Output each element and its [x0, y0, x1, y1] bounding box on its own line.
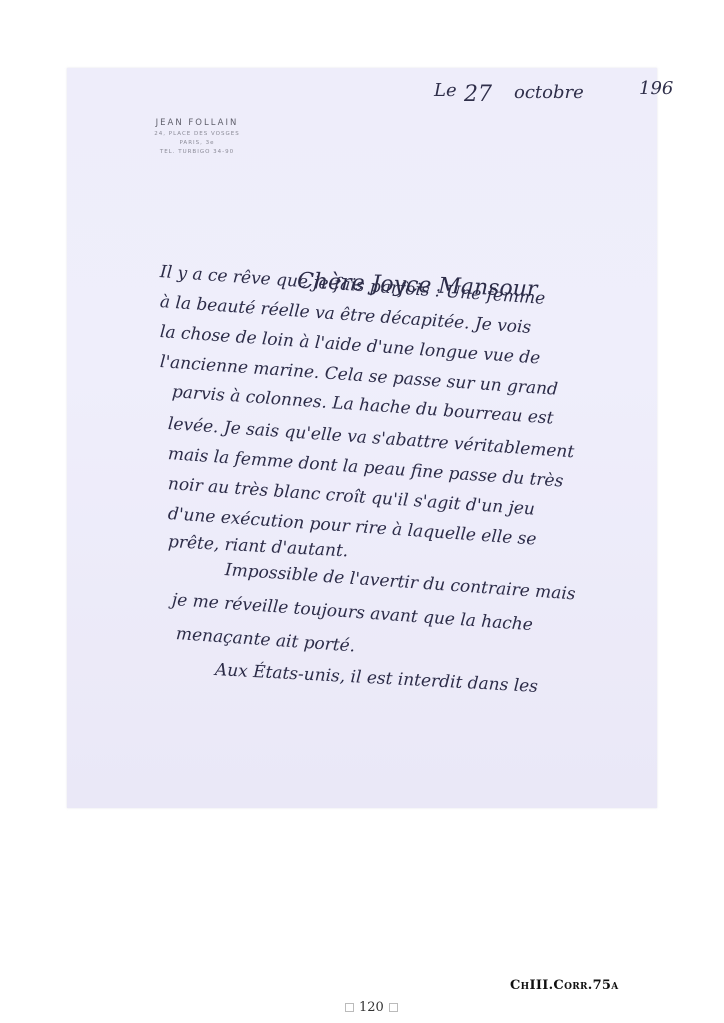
- letterhead-city: PARIS, 3e: [137, 140, 257, 146]
- date-year: 196: [639, 78, 673, 99]
- page-number: 120: [340, 1000, 403, 1015]
- scanned-letter-page: JEAN FOLLAIN 24, PLACE DES VOSGES PARIS,…: [67, 68, 657, 808]
- date-prefix: Le: [434, 80, 457, 101]
- page-marker-left: [345, 1003, 354, 1012]
- letter-body-line: menaçante ait porté.: [175, 624, 355, 656]
- letterhead-name: JEAN FOLLAIN: [137, 118, 257, 128]
- letter-body-line: Aux États-unis, il est interdit dans les: [214, 660, 538, 697]
- letter-body-line: prête, riant d'autant.: [167, 532, 348, 561]
- date-day: 27: [464, 82, 492, 107]
- page-number-value: 120: [359, 1000, 384, 1015]
- date-month: octobre: [514, 82, 584, 103]
- page-marker-right: [389, 1003, 398, 1012]
- letterhead: JEAN FOLLAIN 24, PLACE DES VOSGES PARIS,…: [137, 118, 257, 155]
- letterhead-address: 24, PLACE DES VOSGES: [137, 131, 257, 137]
- letterhead-phone: TEL. TURBIGO 34-90: [137, 149, 257, 155]
- archive-reference: ChIII.Corr.75a: [510, 978, 619, 993]
